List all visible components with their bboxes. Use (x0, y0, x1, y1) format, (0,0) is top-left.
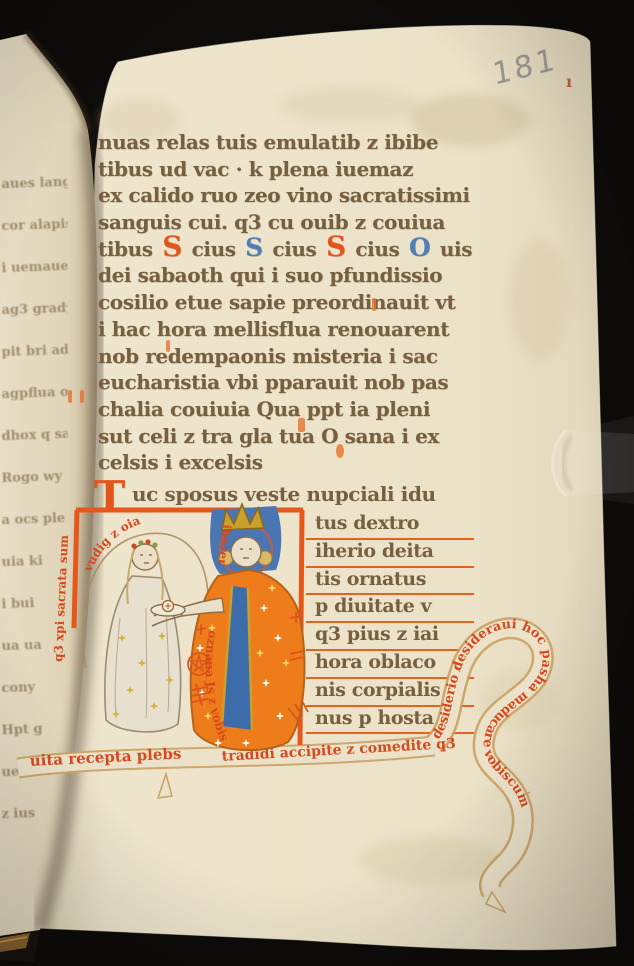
svg-text:q3 xpi sacrata sum: q3 xpi sacrata sum (51, 534, 71, 662)
text-line: sut celi z tra gla tua O sana i ex (98, 424, 518, 451)
bride-figure (105, 539, 184, 731)
decorative-red-mark (166, 340, 170, 352)
verso-text-fragment: cor alapis (1, 217, 68, 261)
sanctus-initial-blue-2: O (406, 233, 433, 262)
verso-text-fragment: pit bri ad (1, 343, 68, 387)
verso-text-fragment: ag3 grady si (1, 301, 68, 345)
text-line: eucharistia vbi pparauit nob pas (98, 370, 518, 397)
sanctus-word: uis (440, 237, 472, 261)
manuscript-photo: aues langis cor alapis i uemaue ag3 grad… (0, 0, 634, 966)
miniature: vudig z oia iherer oznaua Js z vobis q3 … (50, 458, 320, 768)
frame-text-left: q3 xpi sacrata sum (51, 534, 71, 662)
decorative-red-mark (372, 298, 376, 311)
decorative-red-mark (336, 444, 344, 458)
bridegroom-head (231, 537, 261, 567)
text-line: dei sabaoth qui i suo pfundissio (98, 263, 518, 290)
text-line: nuas relas tuis emulatib z ibibe (98, 130, 518, 157)
text-line: i hac hora mellisflua renouarent (98, 317, 518, 344)
text-line: cosilio etue sapie preordinauit vt (98, 290, 518, 317)
text-line: ex calido ruo zeo vino sacratissimi (98, 183, 518, 210)
bride-head (132, 544, 158, 570)
text-line: tibus ud vac · k plena iuemaz (98, 157, 518, 184)
sanctus-initial-orange-2: S (323, 230, 349, 263)
folio-red-mark: ı (566, 72, 572, 91)
sanctus-line: tibus S cius S cius S cius O uis (98, 237, 518, 264)
sanctus-word: cius (192, 237, 236, 261)
sanctus-initial-blue-1: S (242, 233, 266, 262)
verso-text-fragment: i uemaue (1, 259, 68, 303)
sanctus-initial-orange-1: S (159, 230, 185, 263)
decorative-red-mark (298, 418, 305, 432)
verso-text-fragment: aues langis (1, 175, 68, 219)
sanctus-word: cius (272, 237, 316, 261)
sanctus-word: tibus (98, 237, 153, 261)
text-line: nob redempaonis misteria i sac (98, 344, 518, 371)
text-block: nuas relas tuis emulatib z ibibe tibus u… (98, 130, 518, 477)
decorative-red-mark (68, 390, 72, 403)
bride-gown (105, 576, 181, 732)
text-line: chalia couiuia Qua ppt ia pleni (98, 397, 518, 424)
rubric-side-line: tus dextro (306, 512, 474, 540)
decorative-red-mark (80, 390, 84, 403)
verso-text-fragment: agpflua o (1, 385, 68, 429)
sanctus-word: cius (355, 237, 399, 261)
